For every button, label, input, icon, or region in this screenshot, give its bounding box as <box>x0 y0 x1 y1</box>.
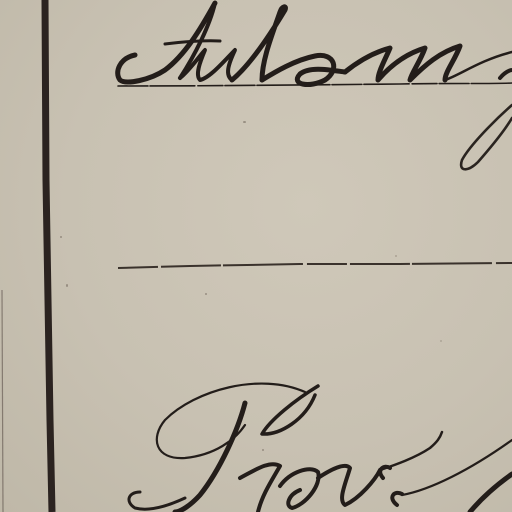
vertical-margin-rule <box>45 0 52 512</box>
left-edge-rule <box>2 290 3 512</box>
handwriting-descender <box>461 105 512 169</box>
handwriting-autonom <box>118 3 512 86</box>
horizontal-rule <box>118 263 512 268</box>
handwriting-layer <box>0 0 512 512</box>
document-page: Autonom y Prov <box>0 0 512 512</box>
handwriting-prov <box>129 384 512 512</box>
